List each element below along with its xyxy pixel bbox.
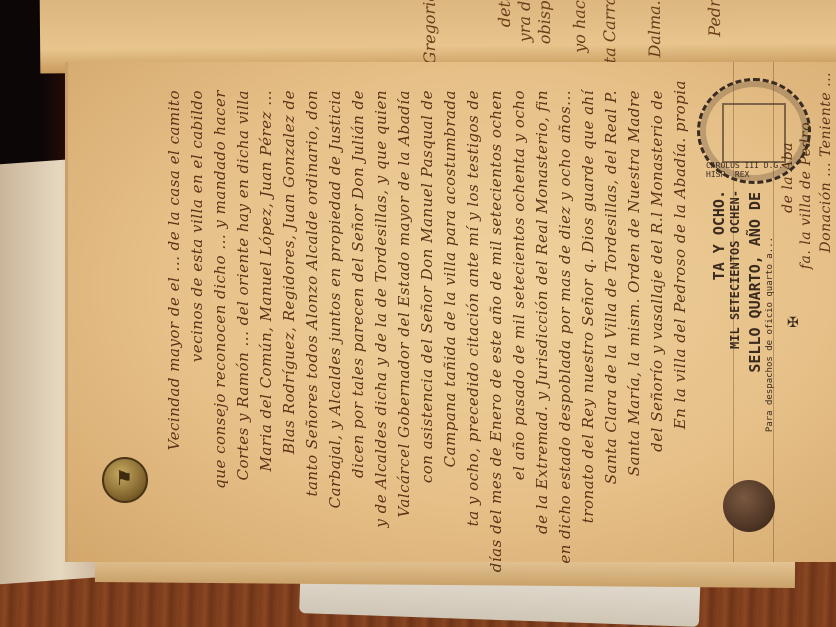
handwritten-line: Cortes y Ramón ... del oriente hay en di… bbox=[234, 90, 252, 481]
handwritten-line: de la Extremad. y Jurisdicción del Real … bbox=[533, 90, 551, 534]
stamp-line: MIL SETECIENTOS OCHEN- bbox=[728, 190, 742, 349]
handwritten-line: vecinos de esta villa en el cabildo bbox=[188, 90, 206, 362]
handwritten-line: Campana tañida de la villa para acostumb… bbox=[441, 90, 459, 467]
handwritten-line: Blas Rodríguez, Regidores, Juan Gonzalez… bbox=[280, 90, 298, 454]
stamp-line: SELLO QUARTO, AÑO DE bbox=[746, 192, 764, 373]
dark-weight-coin bbox=[723, 480, 775, 532]
cross-icon: ✠ bbox=[787, 315, 799, 331]
prev-page-line: Pedro bbox=[705, 0, 724, 37]
prev-page-line: Dalma... bbox=[645, 0, 665, 58]
stamp-note: Para despachos de oficio quarto a... bbox=[765, 237, 775, 432]
handwritten-line: en dicho estado despoblada por mas de di… bbox=[556, 90, 574, 564]
handwritten-line: En la villa del Pedroso de la Abadía. pr… bbox=[671, 80, 689, 429]
handwritten-line: Santa María, la mism. Orden de Nuestra M… bbox=[625, 90, 643, 476]
margin-header-line: Donación ... Teniente ... bbox=[818, 72, 834, 253]
stamp-line: TA Y OCHO. bbox=[710, 190, 728, 280]
handwritten-line: Valcárcel Gobernador del Estado mayor de… bbox=[395, 90, 413, 518]
handwritten-line: Carbajal, y Alcaldes juntos en propiedad… bbox=[326, 90, 344, 508]
handwritten-line: del Señorío y vasallaje del R.l Monaster… bbox=[648, 90, 666, 452]
handwritten-line: dicen por tales parecen del Señor Don Ju… bbox=[349, 90, 367, 478]
seal-legend: CAROLUS III D.G. HISP. REX bbox=[706, 161, 808, 179]
prev-page-line: yra de bbox=[515, 0, 534, 42]
prev-page-line: yo hace bbox=[570, 0, 590, 53]
handwritten-line: el año pasado de mil setecientos ochenta… bbox=[510, 90, 528, 480]
handwritten-line: días del mes de Enero de este año de mil… bbox=[487, 90, 505, 572]
prev-page-line: Gregorio bbox=[420, 0, 440, 64]
handwritten-line: que consejo reconocen dicho ... y mandad… bbox=[211, 90, 229, 489]
brass-weight-coin: ⚑ bbox=[102, 457, 148, 503]
emblem-icon: ⚑ bbox=[113, 467, 135, 489]
royal-seal-stamp: CAROLUS III D.G. HISP. REX bbox=[697, 78, 811, 184]
prev-page-line: deta bbox=[495, 0, 514, 27]
handwritten-line: tanto Señores todos Alonzo Alcalde ordin… bbox=[303, 90, 321, 497]
handwritten-line: ta y ocho, precedido citación ante mí y … bbox=[464, 90, 482, 526]
handwritten-line: tronato del Rey nuestro Señor q. Dios gu… bbox=[579, 90, 597, 523]
handwritten-line: Maria del Común, Manuel López, Juan Pére… bbox=[257, 90, 275, 471]
handwritten-line: Vecindad mayor de el ... de la casa el c… bbox=[165, 90, 183, 450]
prev-page-line: sta Carra. bbox=[600, 0, 620, 72]
prev-page-line: obispo bbox=[535, 0, 554, 44]
handwritten-line: Santa Clara de la Villa de Tordesillas, … bbox=[602, 90, 620, 484]
coat-of-arms-icon bbox=[722, 103, 786, 163]
handwritten-line: con asistencia del Señor Don Manuel Pasq… bbox=[418, 90, 436, 483]
handwritten-line: y de Alcaldes dicha y de la de Tordesill… bbox=[372, 90, 390, 528]
